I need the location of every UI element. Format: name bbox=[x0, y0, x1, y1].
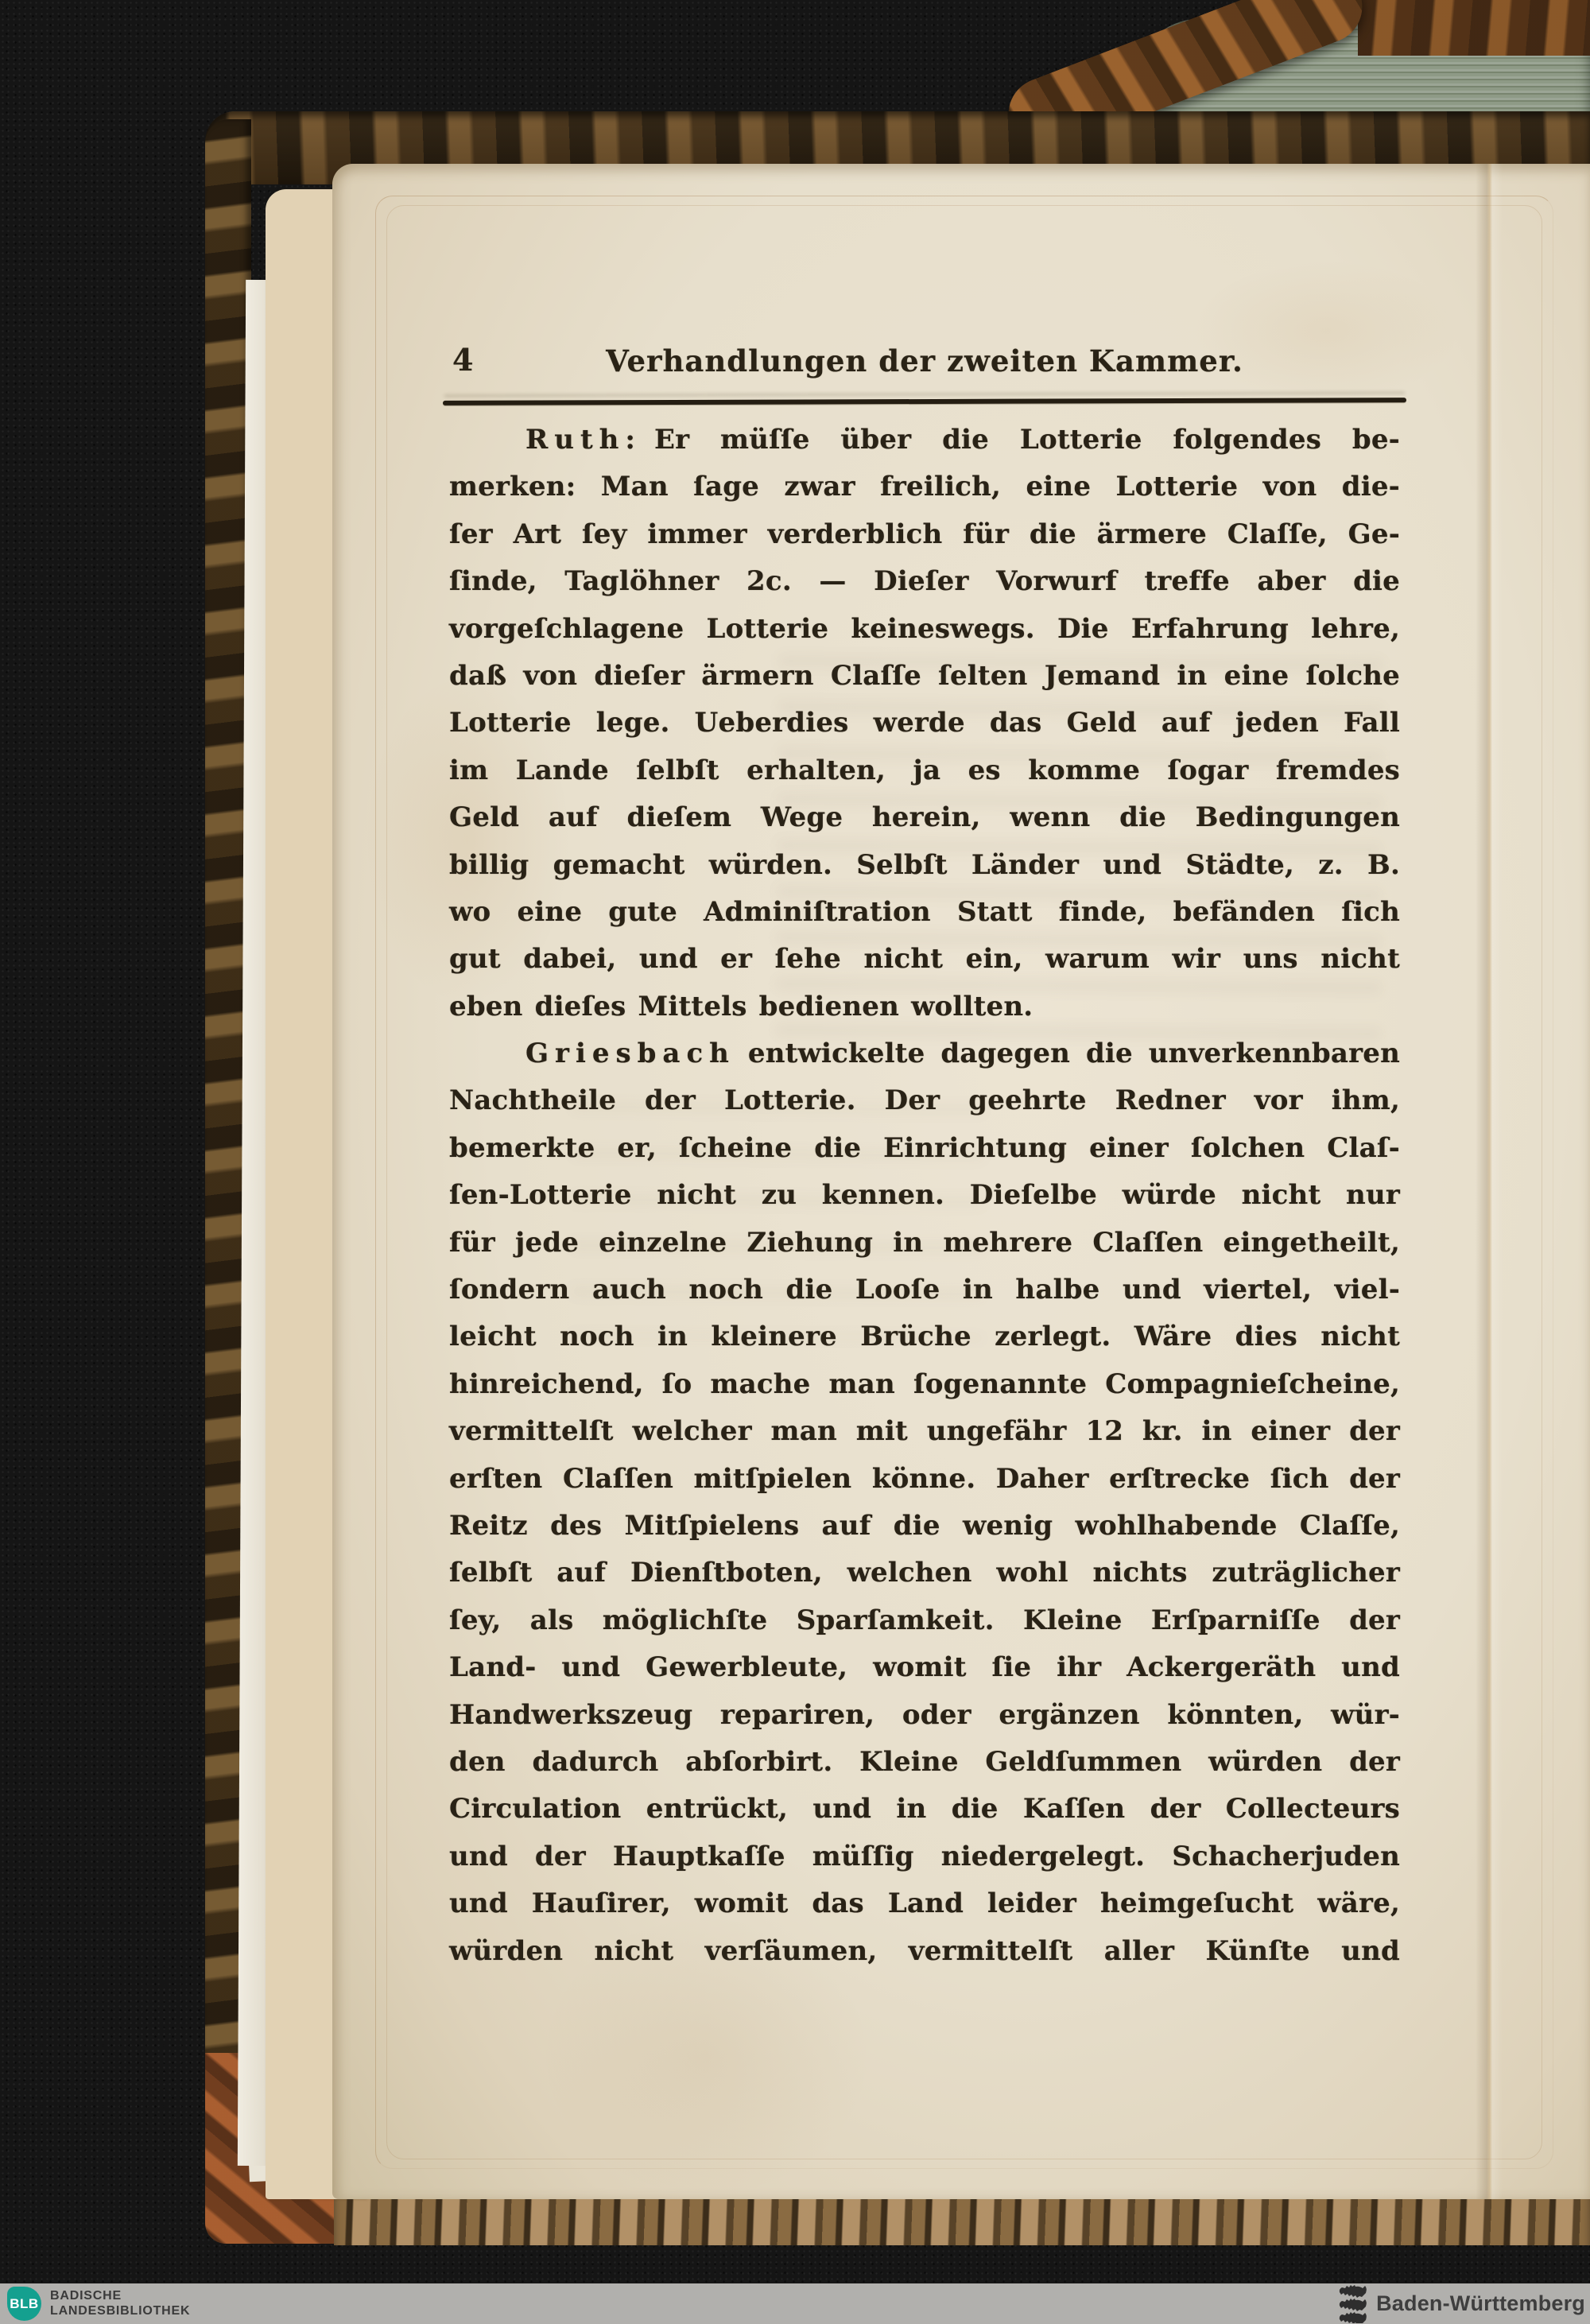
blb-logo-icon: BLB bbox=[7, 2287, 41, 2321]
text-line: Ruth:Er müſſe über die Lotterie folgende… bbox=[449, 417, 1400, 464]
text-line: gut dabei, und er ſehe nicht ein, warum … bbox=[449, 936, 1400, 983]
text-line: leicht noch in kleinere Brüche zerlegt. … bbox=[449, 1313, 1400, 1360]
text-line: Reitz des Mitſpielens auf die wenig wohl… bbox=[449, 1503, 1400, 1550]
text-line: Griesbachentwickelte dagegen die unverke… bbox=[449, 1030, 1400, 1077]
page-title: Verhandlungen der zweiten Kammer. bbox=[449, 343, 1400, 378]
state-brand: Baden-Württemberg bbox=[1339, 2283, 1585, 2324]
speaker-name: Griesbach bbox=[525, 1038, 735, 1069]
text-line: Lotterie lege. Ueberdies werde das Geld … bbox=[449, 700, 1400, 747]
text-line: eben dieſes Mittels bedienen wollten. bbox=[449, 984, 1400, 1030]
bw-coat-of-arms-icon bbox=[1339, 2285, 1367, 2323]
text-line: ſey, als möglichſte Sparſamkeit. Kleine … bbox=[449, 1597, 1400, 1644]
text-line: hinreichend, ſo mache man ſogenannte Com… bbox=[449, 1361, 1400, 1408]
text-line: den dadurch abſorbirt. Kleine Geldſummen… bbox=[449, 1739, 1400, 1786]
text-line: ſondern auch noch die Looſe in halbe und… bbox=[449, 1267, 1400, 1313]
library-name-line2: LANDESBIBLIOTHEK bbox=[50, 2303, 190, 2318]
text-line: Land- und Gewerbleute, womit ſie ihr Ack… bbox=[449, 1644, 1400, 1691]
text-lines: Ruth:Er müſſe über die Lotterie folgende… bbox=[449, 417, 1400, 1975]
text-line: merken: Man ſage zwar freilich, eine Lot… bbox=[449, 464, 1400, 510]
state-label: Baden-Württemberg bbox=[1376, 2291, 1585, 2316]
library-name-line1: BADISCHE bbox=[50, 2288, 190, 2303]
text-line: Circulation entrückt, und in die Kaſſen … bbox=[449, 1786, 1400, 1833]
text-line: vorgeſchlagene Lotterie keineswegs. Die … bbox=[449, 606, 1400, 653]
library-name: BADISCHE LANDESBIBLIOTHEK bbox=[50, 2288, 190, 2318]
text-line: im Lande ſelbſt erhalten, ja es komme ſo… bbox=[449, 747, 1400, 794]
text-line: billig gemacht würden. Selbſt Länder und… bbox=[449, 842, 1400, 889]
text-line: Nachtheile der Lotterie. Der geehrte Red… bbox=[449, 1077, 1400, 1124]
text-line: ſinde, Taglöhner 2c. — Dieſer Vorwurf tr… bbox=[449, 558, 1400, 605]
text-line: bemerkte er, ſcheine die Einrichtung ein… bbox=[449, 1125, 1400, 1172]
page-crease bbox=[1476, 164, 1503, 2199]
book-scan-photo: 4 Verhandlungen der zweiten Kammer. Ruth… bbox=[0, 0, 1590, 2324]
book-page: 4 Verhandlungen der zweiten Kammer. Ruth… bbox=[332, 164, 1590, 2199]
running-header: 4 Verhandlungen der zweiten Kammer. bbox=[449, 342, 1400, 383]
leather-cover-top-right bbox=[1358, 0, 1590, 56]
text-line: und Hauſirer, womit das Land leider heim… bbox=[449, 1880, 1400, 1927]
text-line: Handwerkszeug repariren, oder ergänzen k… bbox=[449, 1692, 1400, 1739]
text-line: Geld auf dieſem Wege herein, wenn die Be… bbox=[449, 794, 1400, 841]
text-line: ſen-Lotterie nicht zu kennen. Dieſelbe w… bbox=[449, 1172, 1400, 1219]
text-line: vermittelſt welcher man mit ungefähr 12 … bbox=[449, 1408, 1400, 1455]
library-footer-bar: BLB BADISCHE LANDESBIBLIOTHEK Baden-Würt… bbox=[0, 2283, 1590, 2324]
speaker-name: Ruth: bbox=[525, 424, 642, 456]
text-line: daß von dieſer ärmern Claſſe ſelten Jema… bbox=[449, 653, 1400, 700]
text-line: erſten Claſſen mitſpielen könne. Daher e… bbox=[449, 1456, 1400, 1503]
text-line: und der Hauptkaſſe müſſig niedergelegt. … bbox=[449, 1833, 1400, 1880]
text-line: würden nicht verſäumen, vermittelſt alle… bbox=[449, 1928, 1400, 1975]
text-line: ſelbſt auf Dienſtboten, welchen wohl nic… bbox=[449, 1550, 1400, 1597]
text-line: für jede einzelne Ziehung in mehrere Cla… bbox=[449, 1220, 1400, 1267]
blb-abbr: BLB bbox=[10, 2296, 38, 2312]
text-line: ſer Art ſey immer verderblich für die är… bbox=[449, 511, 1400, 558]
text-line: wo eine gute Adminiſtration Statt finde,… bbox=[449, 889, 1400, 936]
